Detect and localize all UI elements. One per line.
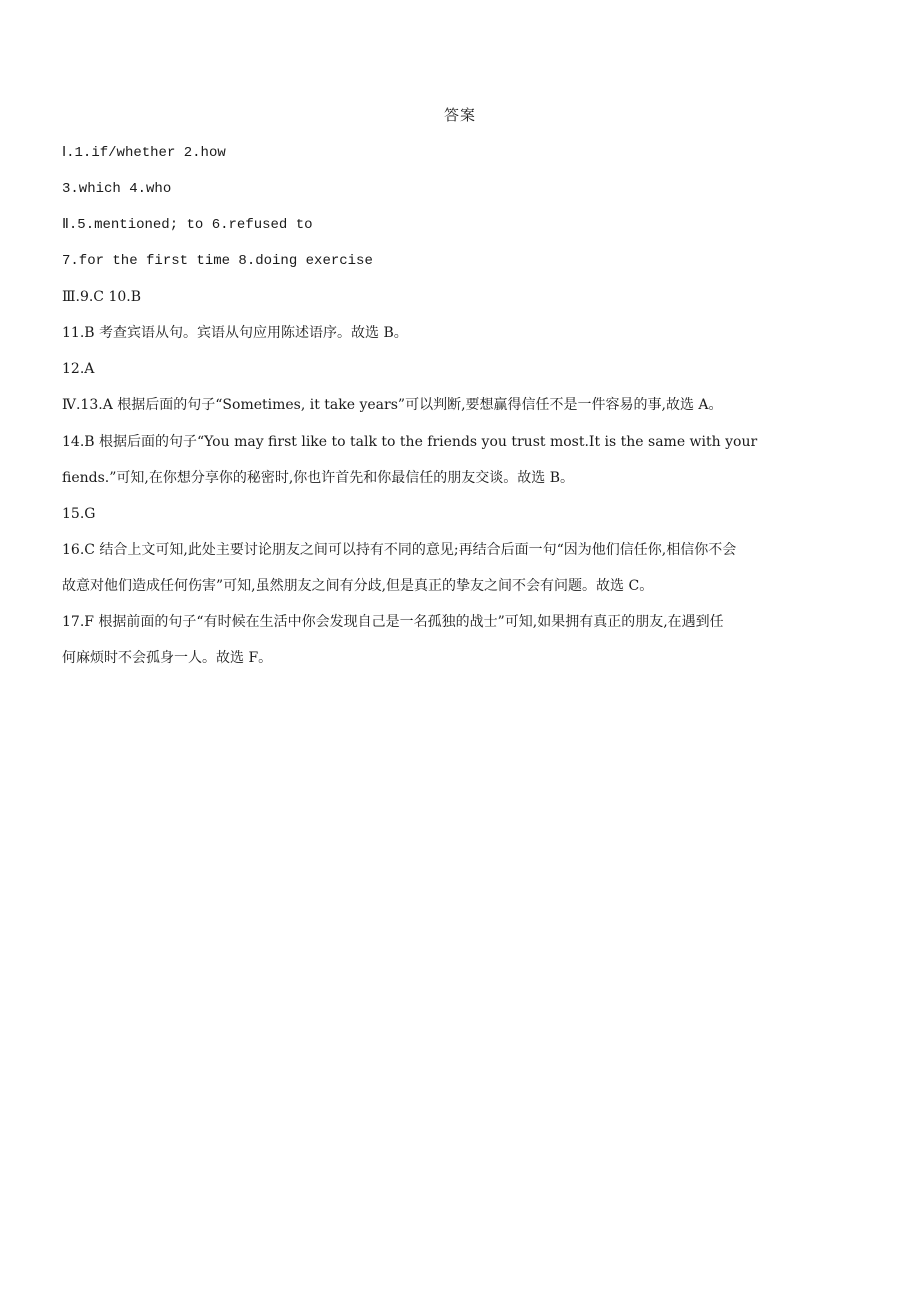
answer-line-13: 故意对他们造成任何伤害”可知,虽然朋友之间有分歧,但是真正的挚友之间不会有问题。… [62,576,862,596]
answer-line-2: 3.which 4.who [62,179,862,199]
answer-line-6: 11.B 考查宾语从句。宾语从句应用陈述语序。故选 B。 [62,323,862,343]
answer-line-3: Ⅱ.5.mentioned; to 6.refused to [62,215,862,235]
answer-line-12: 16.C 结合上文可知,此处主要讨论朋友之间可以持有不同的意见;再结合后面一句“… [62,540,862,560]
page-title: 答案 [0,104,920,125]
answer-line-7: 12.A [62,359,862,379]
answer-line-10: fiends.”可知,在你想分享你的秘密时,你也许首先和你最信任的朋友交谈。故选… [62,468,862,488]
answer-line-8: Ⅳ.13.A 根据后面的句子“Sometimes, it take years”… [62,395,862,415]
answer-line-11: 15.G [62,504,862,524]
answer-line-14: 17.F 根据前面的句子“有时候在生活中你会发现自己是一名孤独的战士”可知,如果… [62,612,862,632]
answer-line-1: Ⅰ.1.if/whether 2.how [62,143,862,163]
answer-line-5: Ⅲ.9.C 10.B [62,287,862,307]
answer-page: 答案 Ⅰ.1.if/whether 2.how 3.which 4.who Ⅱ.… [0,0,920,1302]
answer-line-4: 7.for the first time 8.doing exercise [62,251,862,271]
answer-line-9: 14.B 根据后面的句子“You may first like to talk … [62,432,862,452]
answer-line-15: 何麻烦时不会孤身一人。故选 F。 [62,648,862,668]
